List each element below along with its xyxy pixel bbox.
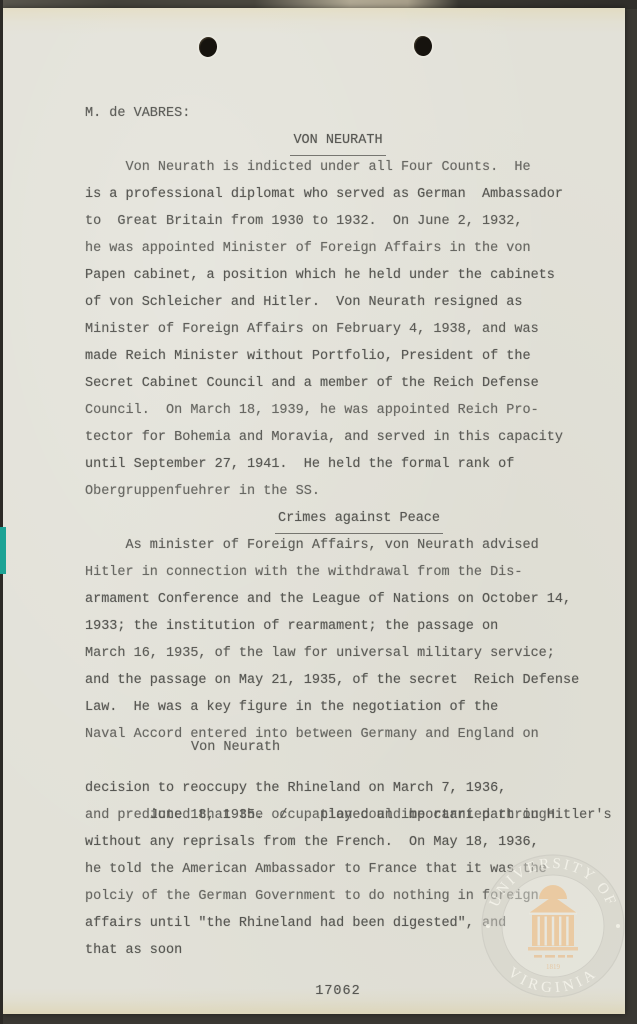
document-line: Von Neurath is indicted under all Four C…	[85, 154, 591, 181]
document-line: made Reich Minister without Portfolio, P…	[85, 343, 591, 370]
inserted-correction-text: Von Neurath	[191, 734, 280, 761]
document-line: Council. On March 18, 1939, he was appoi…	[85, 397, 591, 424]
document-line: is a professional diplomat who served as…	[85, 181, 591, 208]
document-line-with-insertion: Von Neurath June 18, 1935. / played an i…	[85, 748, 591, 775]
document-line: Obergruppenfuehrer in the SS.	[85, 478, 591, 505]
university-of-virginia-seal-watermark: UNIVERSITY OF VIRGINIA	[470, 843, 636, 1009]
seal-left-dot	[486, 924, 490, 928]
document-line: Law. He was a key figure in the negotiat…	[85, 694, 591, 721]
document-title: VON NEURATH	[85, 127, 591, 154]
document-line: armament Conference and the League of Na…	[85, 586, 591, 613]
document-line: Naval Accord entered into between German…	[85, 721, 591, 748]
section-heading-text: Crimes against Peace	[275, 505, 443, 534]
document-line: March 16, 1935, of the law for universal…	[85, 640, 591, 667]
document-line: he was appointed Minister of Foreign Aff…	[85, 235, 591, 262]
document-line: tector for Bohemia and Moravia, and serv…	[85, 424, 591, 451]
document-line: As minister of Foreign Affairs, von Neur…	[85, 532, 591, 559]
document-line: and predicted that the occupation could …	[85, 802, 591, 829]
seal-right-dot	[616, 924, 620, 928]
punch-hole-right	[413, 35, 433, 57]
document-title-text: VON NEURATH	[290, 127, 385, 156]
seal-year-text: 1819	[546, 963, 561, 971]
document-page: M. de VABRES: VON NEURATH Von Neurath is…	[3, 8, 625, 1014]
scanner-left-edge	[0, 0, 3, 1024]
document-line: decision to reoccupy the Rhineland on Ma…	[85, 775, 591, 802]
document-line: of von Schleicher and Hitler. Von Neurat…	[85, 289, 591, 316]
document-line: Hitler in connection with the withdrawal…	[85, 559, 591, 586]
section-heading: Crimes against Peace	[85, 505, 591, 532]
document-line: and the passage on May 21, 1935, of the …	[85, 667, 591, 694]
teal-edge-mark	[0, 527, 6, 574]
document-line: Minister of Foreign Affairs on February …	[85, 316, 591, 343]
document-line: Papen cabinet, a position which he held …	[85, 262, 591, 289]
recipient-line: M. de VABRES:	[85, 100, 591, 127]
scanned-document: M. de VABRES: VON NEURATH Von Neurath is…	[0, 0, 637, 1024]
document-line: 1933; the institution of rearmament; the…	[85, 613, 591, 640]
document-line: Secret Cabinet Council and a member of t…	[85, 370, 591, 397]
document-line: to Great Britain from 1930 to 1932. On J…	[85, 208, 591, 235]
document-line: until September 27, 1941. He held the fo…	[85, 451, 591, 478]
punch-hole-left	[198, 36, 219, 58]
